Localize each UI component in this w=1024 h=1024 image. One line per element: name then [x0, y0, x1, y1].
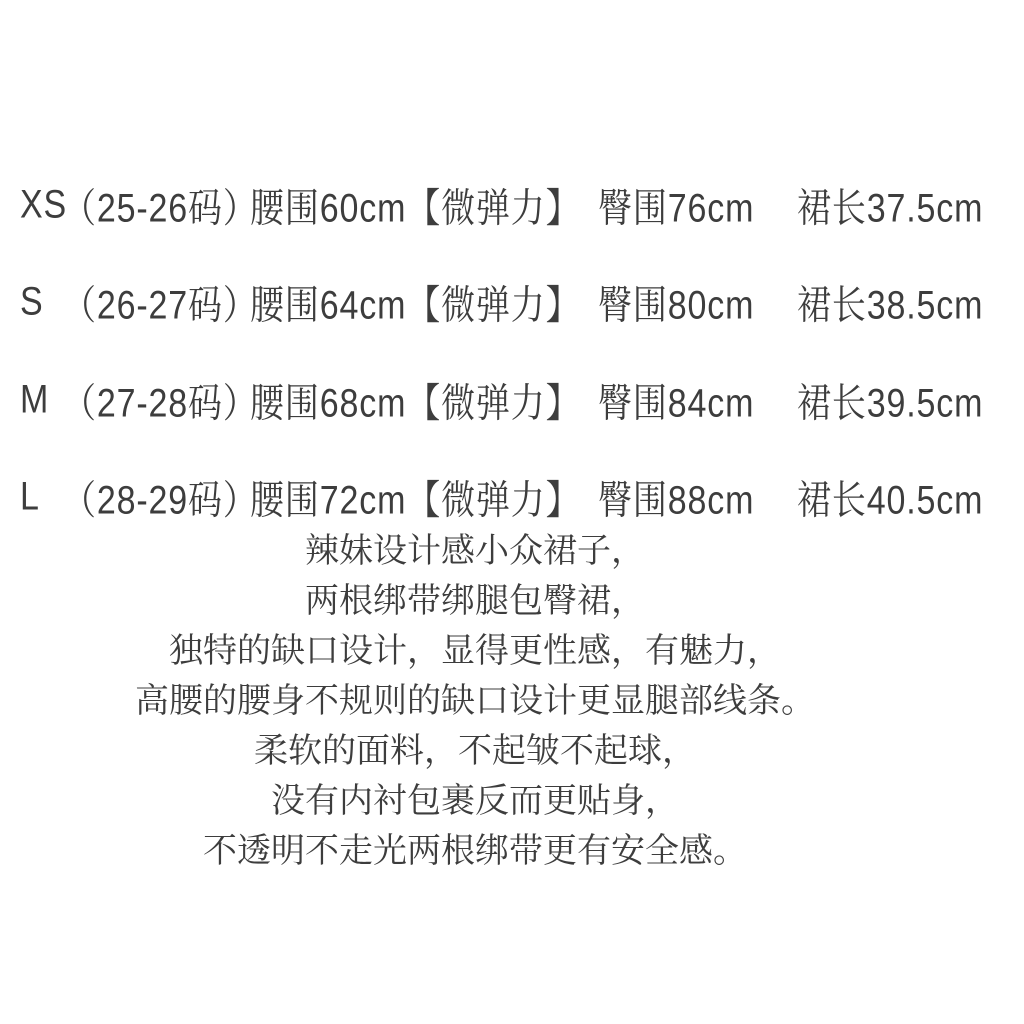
length-measurement: 裙长37.5cm: [797, 176, 983, 233]
size-label: S: [20, 280, 44, 325]
hip-measurement: 臀围80cm: [598, 274, 754, 331]
product-description: 辣妹设计感小众裙子， 两根绑带绑腿包臀裙， 独特的缺口设计，显得更性感，有魅力，…: [0, 526, 950, 876]
size-range: （27-28码）: [62, 371, 258, 428]
description-line: 辣妹设计感小众裙子，: [0, 526, 950, 576]
size-label: XS: [20, 182, 67, 227]
hip-measurement: 臀围76cm: [598, 176, 754, 233]
waist-measurement: 腰围64cm【微弹力】: [250, 274, 580, 331]
length-measurement: 裙长40.5cm: [797, 469, 983, 526]
hip-measurement: 臀围88cm: [598, 469, 754, 526]
size-label: L: [20, 475, 40, 520]
waist-measurement: 腰围68cm【微弹力】: [250, 371, 580, 428]
description-line: 独特的缺口设计，显得更性感，有魅力，: [0, 626, 950, 676]
description-line: 不透明不走光两根绑带更有安全感。: [0, 826, 950, 876]
description-line: 两根绑带绑腿包臀裙，: [0, 576, 950, 626]
size-row-s: S （26-27码） 腰围64cm【微弹力】 臀围80cm 裙长38.5cm: [0, 254, 1024, 352]
size-label: M: [20, 377, 49, 422]
size-range: （28-29码）: [62, 469, 258, 526]
size-chart-page: XS （25-26码） 腰围60cm【微弹力】 臀围76cm 裙长37.5cm …: [0, 0, 1024, 1024]
description-line: 高腰的腰身不规则的缺口设计更显腿部线条。: [0, 676, 950, 726]
size-range: （26-27码）: [62, 274, 258, 331]
size-table: XS （25-26码） 腰围60cm【微弹力】 臀围76cm 裙长37.5cm …: [0, 156, 1024, 546]
waist-measurement: 腰围60cm【微弹力】: [250, 176, 580, 233]
size-row-xs: XS （25-26码） 腰围60cm【微弹力】 臀围76cm 裙长37.5cm: [0, 156, 1024, 254]
description-line: 没有内衬包裹反而更贴身，: [0, 776, 950, 826]
size-row-m: M （27-28码） 腰围68cm【微弹力】 臀围84cm 裙长39.5cm: [0, 351, 1024, 449]
length-measurement: 裙长38.5cm: [797, 274, 983, 331]
hip-measurement: 臀围84cm: [598, 371, 754, 428]
waist-measurement: 腰围72cm【微弹力】: [250, 469, 580, 526]
description-line: 柔软的面料，不起皱不起球，: [0, 726, 950, 776]
size-range: （25-26码）: [62, 176, 258, 233]
length-measurement: 裙长39.5cm: [797, 371, 983, 428]
